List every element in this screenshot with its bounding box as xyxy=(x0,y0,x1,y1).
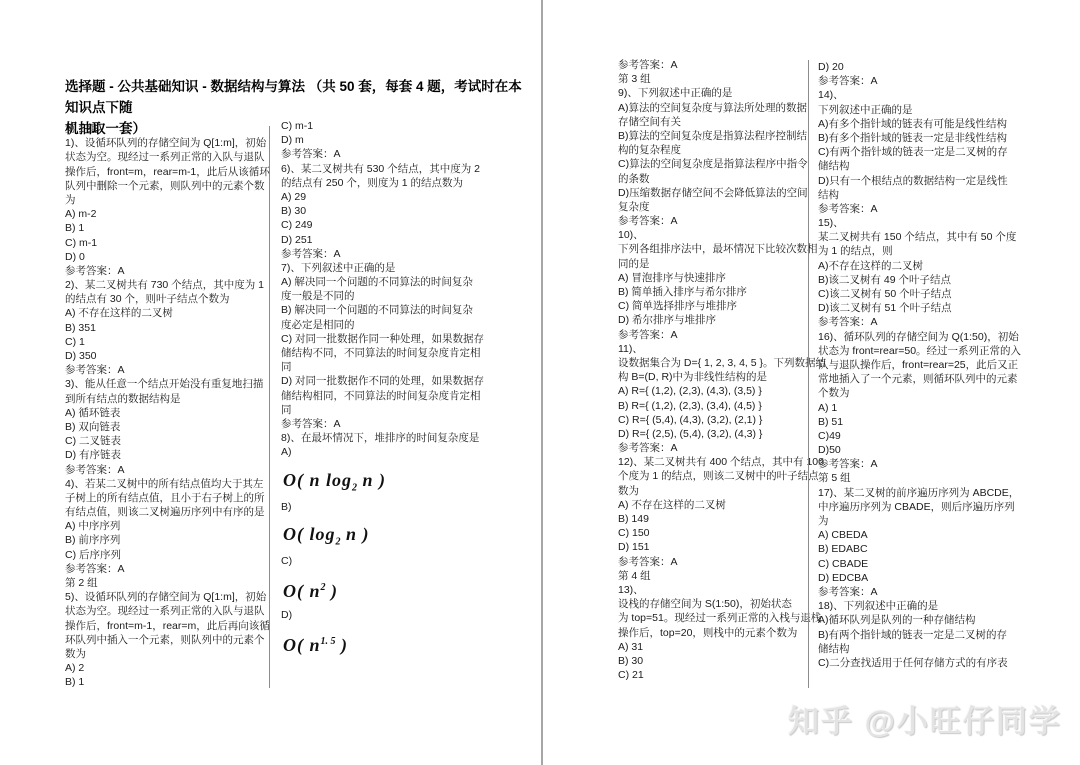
text-line: 同的是 xyxy=(618,257,808,271)
text-line: 操作后，front=m，rear=m-1，此后从该循环 xyxy=(65,165,271,179)
text-line: C)算法的空间复杂度是指算法程序中指令 xyxy=(618,157,808,171)
text-line: 16)、循环队列的存储空间为 Q(1:50)，初始 xyxy=(818,330,1050,344)
text-line: D) xyxy=(281,608,529,622)
text-line: 第 2 组 xyxy=(65,576,271,590)
text-line: 第 3 组 xyxy=(618,72,808,86)
text-line: 下列各组排序法中，最坏情况下比较次数相 xyxy=(618,242,808,256)
text-line: 到所有结点的数据结构是 xyxy=(65,392,271,406)
text-line: 个度为 1 的结点，则该二叉树中的叶子结点 xyxy=(618,469,808,483)
text-line: 存储空间有关 xyxy=(618,115,808,129)
text-line: 度一般是不同的 xyxy=(281,289,529,303)
text-line: B) 1 xyxy=(65,221,271,235)
text-line: 参考答案：A xyxy=(618,58,808,72)
text-line: 操作后，top=20，则栈中的元素个数为 xyxy=(618,626,808,640)
text-line: A)循环队列是队列的一种存储结构 xyxy=(818,613,1050,627)
text-line: B)该二叉树有 49 个叶子结点 xyxy=(818,273,1050,287)
text-line: 数为 xyxy=(65,647,271,661)
page1-column-2: C) m-1D) m参考答案：A6)、某二叉树共有 530 个结点，其中度为 2… xyxy=(281,119,529,662)
page1-column-1: 第 1 组1)、设循环队列的存储空间为 Q[1:m]，初始状态为空。现经过一系列… xyxy=(65,122,271,690)
text-line: A) 2 xyxy=(65,661,271,675)
text-line: D) EDCBA xyxy=(818,571,1050,585)
text-line: 参考答案：A xyxy=(65,562,271,576)
text-line: D)50 xyxy=(818,443,1050,457)
text-line: D) 0 xyxy=(65,250,271,264)
page2-column-divider xyxy=(808,60,809,688)
text-line: 队列中删除一个元素，则队列中的元素个数 xyxy=(65,179,271,193)
text-line: D) m xyxy=(281,133,529,147)
text-line: 11)、 xyxy=(618,342,808,356)
text-line: C) CBADE xyxy=(818,557,1050,571)
text-line: A) 中序序列 xyxy=(65,519,271,533)
text-line: 的条数 xyxy=(618,172,808,186)
text-line: D)压缩数据存储空间不会降低算法的空间 xyxy=(618,186,808,200)
text-line: 参考答案：A xyxy=(281,417,529,431)
text-line: 操作后，front=m-1，rear=m，此后再向该循 xyxy=(65,619,271,633)
text-line: 为 top=51。现经过一系列正常的入栈与退栈 xyxy=(618,611,808,625)
text-line: C)49 xyxy=(818,429,1050,443)
text-line: 参考答案：A xyxy=(818,74,1050,88)
text-line: C)有两个指针域的链表一定是二叉树的存 xyxy=(818,145,1050,159)
text-line: D) 有序链表 xyxy=(65,448,271,462)
text-line: 参考答案：A xyxy=(818,585,1050,599)
text-line: 某二叉树共有 150 个结点，其中有 50 个度 xyxy=(818,230,1050,244)
document-title-line1: 选择题 - 公共基础知识 - 数据结构与算法 （共 50 套，每套 4 题，考试… xyxy=(65,76,533,118)
text-line: 第 5 组 xyxy=(818,471,1050,485)
text-line: 第 4 组 xyxy=(618,569,808,583)
text-line: B) R={ (1,2), (2,3), (3,4), (4,5) } xyxy=(618,399,808,413)
text-line: A) 冒泡排序与快速排序 xyxy=(618,271,808,285)
text-line: 参考答案：A xyxy=(818,457,1050,471)
text-line: B) 149 xyxy=(618,512,808,526)
text-line: B) xyxy=(281,500,529,514)
page2-column-1: 参考答案：A第 3 组9)、下列叙述中正确的是A)算法的空间复杂度与算法所处理的… xyxy=(618,58,808,682)
text-line: 度必定是相同的 xyxy=(281,318,529,332)
text-line: C)二分查找适用于任何存储方式的有序表 xyxy=(818,656,1050,670)
text-line: 参考答案：A xyxy=(818,315,1050,329)
text-line: 为 1 的结点，则 xyxy=(818,244,1050,258)
text-line: 12)、某二叉树共有 400 个结点，其中有 100 xyxy=(618,455,808,469)
text-line: 参考答案：A xyxy=(618,441,808,455)
text-line: C) m-1 xyxy=(65,236,271,250)
text-line: 结构 xyxy=(818,188,1050,202)
text-line: 设栈的存储空间为 S(1:50)，初始状态 xyxy=(618,597,808,611)
text-line: A) xyxy=(281,445,529,459)
text-line: 14)、 xyxy=(818,88,1050,102)
math-formula: O( log2 n ) xyxy=(283,523,529,545)
text-line: B)有多个指针域的链表一定是非线性结构 xyxy=(818,131,1050,145)
text-line: C) 249 xyxy=(281,218,529,232)
text-line: B) 51 xyxy=(818,415,1050,429)
text-line: 储结构 xyxy=(818,159,1050,173)
text-line: A) 31 xyxy=(618,640,808,654)
text-line: A) CBEDA xyxy=(818,528,1050,542)
text-line: B) 解决同一个问题的不同算法的时间复杂 xyxy=(281,303,529,317)
text-line: 复杂度 xyxy=(618,200,808,214)
text-line: A) 不存在这样的二叉树 xyxy=(65,306,271,320)
text-line: B) 1 xyxy=(65,675,271,689)
text-line: 同 xyxy=(281,403,529,417)
text-line: A) R={ (1,2), (2,3), (4,3), (3,5) } xyxy=(618,384,808,398)
text-line: 6)、某二叉树共有 530 个结点，其中度为 2 xyxy=(281,162,529,176)
text-line: D) 希尔排序与堆排序 xyxy=(618,313,808,327)
text-line: C) xyxy=(281,554,529,568)
text-line: 参考答案：A xyxy=(618,328,808,342)
text-line: 子树上的所有结点值，且小于右子树上的所 xyxy=(65,491,271,505)
text-line: 参考答案：A xyxy=(281,247,529,261)
text-line: 环队列中插入一个元素，则队列中的元素个 xyxy=(65,633,271,647)
text-line: D)该二叉树有 51 个叶子结点 xyxy=(818,301,1050,315)
text-line: D) 350 xyxy=(65,349,271,363)
text-line: 数为 xyxy=(618,484,808,498)
text-line: 常地插入了一个元素，则循环队列中的元素 xyxy=(818,372,1050,386)
text-line: 参考答案：A xyxy=(65,363,271,377)
text-line: A) m-2 xyxy=(65,207,271,221)
text-line: 同 xyxy=(281,360,529,374)
text-line: 17)、某二叉树的前序遍历序列为 ABCDE， xyxy=(818,486,1050,500)
text-line: A) 29 xyxy=(281,190,529,204)
text-line: B) 30 xyxy=(281,204,529,218)
text-line: 构 B=(D, R)中为非线性结构的是 xyxy=(618,370,808,384)
text-line: C) 后序序列 xyxy=(65,548,271,562)
text-line: 储结构相同，不同算法的时间复杂度肯定相 xyxy=(281,389,529,403)
text-line: D) 251 xyxy=(281,233,529,247)
text-line: 下列叙述中正确的是 xyxy=(818,103,1050,117)
text-line: B) 351 xyxy=(65,321,271,335)
text-line: 参考答案：A xyxy=(818,202,1050,216)
text-line: C) 21 xyxy=(618,668,808,682)
text-line: 9)、下列叙述中正确的是 xyxy=(618,86,808,100)
page-divider xyxy=(541,0,543,765)
text-line: 的结点有 30 个，则叶子结点个数为 xyxy=(65,292,271,306)
text-line: 参考答案：A xyxy=(281,147,529,161)
text-line: B) EDABC xyxy=(818,542,1050,556)
text-line: 设数据集合为 D={ 1, 2, 3, 4, 5 }。下列数据结 xyxy=(618,356,808,370)
text-line: 13)、 xyxy=(618,583,808,597)
text-line: D) 151 xyxy=(618,540,808,554)
text-line: C) m-1 xyxy=(281,119,529,133)
text-line: 参考答案：A xyxy=(65,264,271,278)
text-line: C)该二叉树有 50 个叶子结点 xyxy=(818,287,1050,301)
text-line: 5)、设循环队列的存储空间为 Q[1:m]，初始 xyxy=(65,590,271,604)
text-line: B) 双向链表 xyxy=(65,420,271,434)
text-line: A) 不存在这样的二叉树 xyxy=(618,498,808,512)
text-line: D) R={ (2,5), (5,4), (3,2), (4,3) } xyxy=(618,427,808,441)
text-line: 队与退队操作后，front=rear=25，此后又正 xyxy=(818,358,1050,372)
text-line: B) 30 xyxy=(618,654,808,668)
text-line: 第 1 组 xyxy=(65,122,271,136)
text-line: C) 对同一批数据作同一种处理，如果数据存 xyxy=(281,332,529,346)
text-line: 状态为空。现经过一系列正常的入队与退队 xyxy=(65,604,271,618)
text-line: D)只有一个根结点的数据结构一定是线性 xyxy=(818,174,1050,188)
text-line: A)有多个指针域的链表有可能是线性结构 xyxy=(818,117,1050,131)
text-line: A)不存在这样的二叉树 xyxy=(818,259,1050,273)
page1-column-divider xyxy=(269,126,270,688)
text-line: D) 对同一批数据作不同的处理，如果数据存 xyxy=(281,374,529,388)
text-line: A)算法的空间复杂度与算法所处理的数据 xyxy=(618,101,808,115)
text-line: 15)、 xyxy=(818,216,1050,230)
text-line: 有结点值，则该二叉树遍历序列中有序的是 xyxy=(65,505,271,519)
text-line: 1)、设循环队列的存储空间为 Q[1:m]，初始 xyxy=(65,136,271,150)
text-line: C) 1 xyxy=(65,335,271,349)
text-line: C) 简单选择排序与堆排序 xyxy=(618,299,808,313)
text-line: A) 1 xyxy=(818,401,1050,415)
text-line: 8)、在最坏情况下，堆排序的时间复杂度是 xyxy=(281,431,529,445)
text-line: 10)、 xyxy=(618,228,808,242)
text-line: B) 简单插入排序与希尔排序 xyxy=(618,285,808,299)
text-line: 的结点有 250 个，则度为 1 的结点数为 xyxy=(281,176,529,190)
text-line: 为 xyxy=(818,514,1050,528)
text-line: 3)、能从任意一个结点开始没有重复地扫描 xyxy=(65,377,271,391)
text-line: 储结构 xyxy=(818,642,1050,656)
text-line: C) 150 xyxy=(618,526,808,540)
text-line: 状态为空。现经过一系列正常的入队与退队 xyxy=(65,150,271,164)
math-formula: O( n1. 5 ) xyxy=(283,631,529,653)
text-line: 个数为 xyxy=(818,386,1050,400)
text-line: 为 xyxy=(65,193,271,207)
text-line: 18)、下列叙述中正确的是 xyxy=(818,599,1050,613)
text-line: 状态为 front=rear=50。经过一系列正常的入 xyxy=(818,344,1050,358)
text-line: 储结构不同，不同算法的时间复杂度肯定相 xyxy=(281,346,529,360)
text-line: 7)、下列叙述中正确的是 xyxy=(281,261,529,275)
text-line: D) 20 xyxy=(818,60,1050,74)
math-formula: O( n log2 n ) xyxy=(283,469,529,491)
page2-column-2: D) 20参考答案：A14)、下列叙述中正确的是A)有多个指针域的链表有可能是线… xyxy=(818,60,1050,670)
text-line: A) 循环链表 xyxy=(65,406,271,420)
document-canvas: 选择题 - 公共基础知识 - 数据结构与算法 （共 50 套，每套 4 题，考试… xyxy=(0,0,1080,765)
text-line: A) 解决同一个问题的不同算法的时间复杂 xyxy=(281,275,529,289)
text-line: B) 前序序列 xyxy=(65,533,271,547)
math-formula: O( n2 ) xyxy=(283,577,529,599)
text-line: 参考答案：A xyxy=(618,555,808,569)
text-line: 4)、若某二叉树中的所有结点值均大于其左 xyxy=(65,477,271,491)
watermark: 知乎 @小旺仔同学 xyxy=(788,696,1062,741)
text-line: B)算法的空间复杂度是指算法程序控制结 xyxy=(618,129,808,143)
text-line: 参考答案：A xyxy=(618,214,808,228)
text-line: C) 二叉链表 xyxy=(65,434,271,448)
text-line: 参考答案：A xyxy=(65,463,271,477)
text-line: 2)、某二叉树共有 730 个结点，其中度为 1 xyxy=(65,278,271,292)
text-line: B)有两个指针域的链表一定是二叉树的存 xyxy=(818,628,1050,642)
text-line: 中序遍历序列为 CBADE，则后序遍历序列 xyxy=(818,500,1050,514)
text-line: C) R={ (5,4), (4,3), (3,2), (2,1) } xyxy=(618,413,808,427)
text-line: 构的复杂程度 xyxy=(618,143,808,157)
